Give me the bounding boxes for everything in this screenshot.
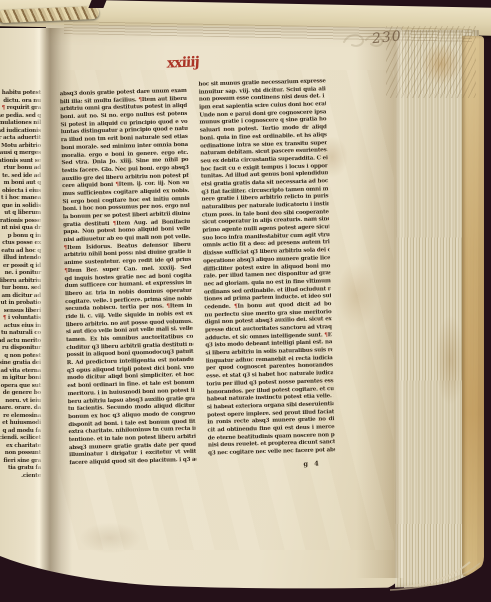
text-line: re elemosina xyxy=(0,413,41,421)
text-line: et huiusmodi xyxy=(0,420,41,428)
text-line: noru. vt ieiu xyxy=(0,398,41,406)
photo-open-incunabulum: s habitu potestdictu. ora nurequirit gra… xyxy=(0,0,491,602)
text-line: ausi q merges xyxy=(0,150,41,158)
text-line: ad actu merito xyxy=(0,338,41,346)
text-line: liberu arbitriu xyxy=(0,278,41,286)
text-column-left: absq3 donis gratie potest dare unum exam… xyxy=(60,88,197,468)
text-line: sine gratia dei xyxy=(0,360,41,368)
text-line: rtur bonu ad xyxy=(0,165,41,173)
text-line: fieri sine gra xyxy=(0,458,41,466)
text-line: ut q liberum xyxy=(0,210,41,218)
text-line: de genere bo xyxy=(0,390,41,398)
text-line: actus eius in xyxy=(0,323,41,331)
text-line: rationis posse xyxy=(0,218,41,226)
text-line: t i hoc manea xyxy=(0,195,41,203)
text-line: m igitur boni xyxy=(0,375,41,383)
text-line: ru disponitur xyxy=(0,345,41,353)
chapter-number-heading: xxiiij xyxy=(166,54,199,71)
text-line: ne pedia. sed q xyxy=(0,113,41,121)
text-line: er possit q id xyxy=(0,263,41,271)
text-line: eatu ad hoc q xyxy=(0,248,41,256)
quire-signature: g 4 xyxy=(303,459,321,467)
text-line: a. que in solidis xyxy=(0,203,41,211)
text-line: ut in probatio xyxy=(0,300,41,308)
text-line: ctus posse ex xyxy=(0,240,41,248)
text-line: ad vita eterna xyxy=(0,368,41,376)
text-line: am dicitur ad xyxy=(0,293,41,301)
text-line: q ad modu fa xyxy=(0,428,41,436)
text-line: ne. i ponitur xyxy=(0,270,41,278)
text-line: mulationes nil xyxy=(0,120,41,128)
text-line: requirit gra ¶ xyxy=(0,105,41,113)
text-line: illud intendo xyxy=(0,255,41,263)
text-line: dictu. ora nu xyxy=(0,98,41,106)
text-line: q non potest xyxy=(0,353,41,361)
text-line: Motu arbitrio xyxy=(0,143,41,151)
text-line: te. sed ide ad xyxy=(0,173,41,181)
text-line: er acta aduertit xyxy=(0,135,41,143)
text-line: m boni aut q xyxy=(0,180,41,188)
text-line: opera que sut xyxy=(0,383,41,391)
text-line: tu naturali co xyxy=(0,330,41,338)
text-line: ad iudicationis xyxy=(0,128,41,136)
facing-page-sliver: s habitu potestdictu. ora nurequirit gra… xyxy=(0,28,46,575)
text-column-right: hoc sit munus gratie necessarium express… xyxy=(198,78,335,458)
text-line: ex charitate xyxy=(0,443,41,451)
text-line: tur bonu. sed xyxy=(0,285,41,293)
text-line: tia gratu fa xyxy=(0,465,41,473)
text-line: rationis sunt se xyxy=(0,158,41,166)
text-line: p bonu q in xyxy=(0,233,41,241)
printed-text-block: xxiiij absq3 donis gratie potest dare un… xyxy=(57,51,342,498)
text-line: obiecta i eius xyxy=(0,188,41,196)
text-line: non possunt xyxy=(0,450,41,458)
text-line: sensus liberi xyxy=(0,308,41,316)
text-line: nare. orare. da xyxy=(0,405,41,413)
text-line: i voluntatis ¶ xyxy=(0,315,41,323)
text-line: s habitu potest xyxy=(0,90,41,98)
vellum-cover-right-edge xyxy=(462,36,484,576)
text-line: nt nisi qua dr xyxy=(0,225,41,233)
text-line: ciendi. scilicet xyxy=(0,435,41,443)
text-line: ciente. xyxy=(0,473,41,481)
facing-page-text-fragments: s habitu potestdictu. ora nurequirit gra… xyxy=(0,90,41,480)
